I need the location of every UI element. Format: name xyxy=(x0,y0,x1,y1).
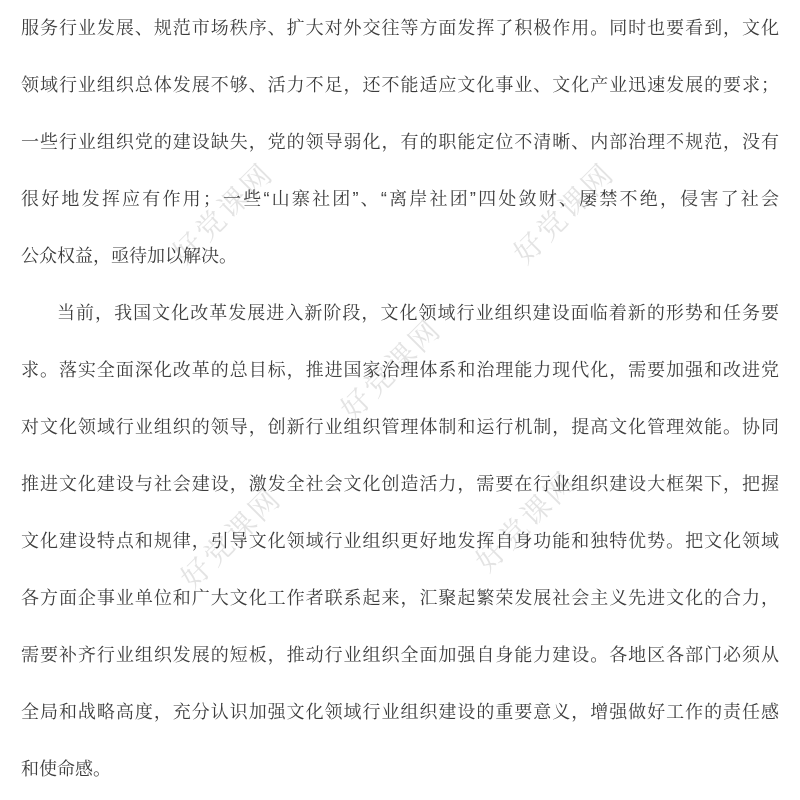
text-line: 推进文化建设与社会建设，激发全社会文化创造活力，需要在行业组织建设大框架下，把握 xyxy=(21,456,779,513)
text-line: 一些行业组织党的建设缺失，党的领导弱化，有的职能定位不清晰、内部治理不规范，没有 xyxy=(21,114,779,171)
text-line: 全局和战略高度，充分认识加强文化领域行业组织建设的重要意义，增强做好工作的责任感 xyxy=(21,684,779,741)
document-page: 服务行业发展、规范市场秩序、扩大对外交往等方面发挥了积极作用。同时也要看到，文化… xyxy=(0,0,800,798)
text-line: 当前，我国文化改革发展进入新阶段，文化领域行业组织建设面临着新的形势和任务要 xyxy=(21,285,779,342)
text-line: 很好地发挥应有作用；一些“山寨社团”、“离岸社团”四处敛财、屡禁不绝，侵害了社会 xyxy=(21,171,779,228)
text-line: 各方面企事业单位和广大文化工作者联系起来，汇聚起繁荣发展社会主义先进文化的合力， xyxy=(21,570,779,627)
text-line: 文化建设特点和规律，引导文化领域行业组织更好地发挥自身功能和独特优势。把文化领域 xyxy=(21,513,779,570)
text-line: 领域行业组织总体发展不够、活力不足，还不能适应文化事业、文化产业迅速发展的要求； xyxy=(21,57,779,114)
text-line: 公众权益，亟待加以解决。 xyxy=(21,228,779,285)
paragraph: 服务行业发展、规范市场秩序、扩大对外交往等方面发挥了积极作用。同时也要看到，文化… xyxy=(21,0,779,285)
text-line: 服务行业发展、规范市场秩序、扩大对外交往等方面发挥了积极作用。同时也要看到，文化 xyxy=(21,0,779,57)
text-line: 和使命感。 xyxy=(21,741,779,798)
text-line: 求。落实全面深化改革的总目标，推进国家治理体系和治理能力现代化，需要加强和改进党 xyxy=(21,342,779,399)
text-line: 对文化领域行业组织的领导，创新行业组织管理体制和运行机制，提高文化管理效能。协同 xyxy=(21,399,779,456)
text-line: 需要补齐行业组织发展的短板，推动行业组织全面加强自身能力建设。各地区各部门必须从 xyxy=(21,627,779,684)
paragraph: 当前，我国文化改革发展进入新阶段，文化领域行业组织建设面临着新的形势和任务要求。… xyxy=(21,285,779,798)
